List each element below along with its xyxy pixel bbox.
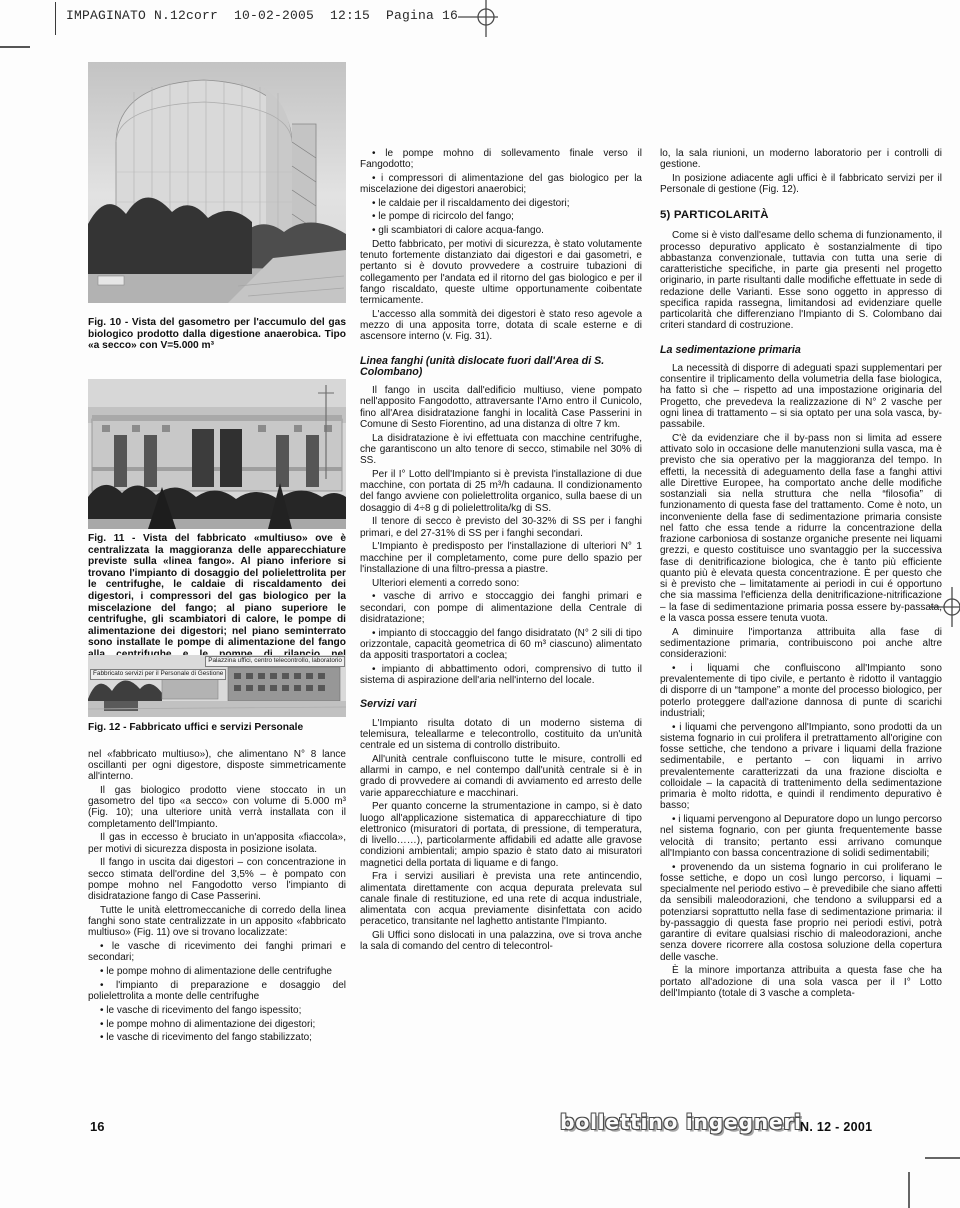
bullet-item: • impianto di stoccaggio del fango disid… bbox=[360, 628, 642, 662]
paragraph: Gli Uffici sono dislocati in una palazzi… bbox=[360, 930, 642, 953]
registration-mark-top-icon bbox=[458, 0, 498, 37]
figure-12-caption: Fig. 12 - Fabbricato uffici e servizi Pe… bbox=[88, 722, 346, 735]
bullet-item: • i liquami che pervengono all'Impianto,… bbox=[660, 722, 942, 812]
section-heading-sedimentazione: La sedimentazione primaria bbox=[660, 345, 942, 356]
paragraph: C'è da evidenziare che il by-pass non si… bbox=[660, 433, 942, 624]
bullet-item: • le pompe mohno di alimentazione dei di… bbox=[88, 1019, 346, 1030]
paragraph: La necessità di disporre di adeguati spa… bbox=[660, 363, 942, 431]
paragraph: L'Impianto è predisposto per l'installaz… bbox=[360, 541, 642, 575]
paragraph: All'unità centrale confluiscono tutte le… bbox=[360, 754, 642, 799]
slug-divider-line bbox=[55, 2, 56, 35]
scanned-magazine-page: IMPAGINATO N.12corr 10-02-2005 12:15 Pag… bbox=[0, 0, 960, 1208]
issue-number: N. 12 - 2001 bbox=[800, 1120, 872, 1134]
figure-12-offices-photo: Palazzina uffici, centro telecontrollo, … bbox=[88, 655, 346, 717]
paragraph: Il gas in eccesso è bruciato in un'appos… bbox=[88, 832, 346, 855]
paragraph: Per quanto concerne la strumentazione in… bbox=[360, 801, 642, 869]
paragraph: L'Impianto risulta dotato di un moderno … bbox=[360, 718, 642, 752]
bullet-item: • impianto di abbattimento odori, compre… bbox=[360, 664, 642, 687]
bullet-item: • le pompe di ricircolo del fango; bbox=[360, 211, 642, 222]
paragraph: lo, la sala riunioni, un moderno laborat… bbox=[660, 148, 942, 171]
paragraph: Ulteriori elementi a corredo sono: bbox=[360, 578, 642, 589]
paragraph: Il fango in uscita dai digestori – con c… bbox=[88, 857, 346, 902]
paragraph: Come si è visto dall'esame dello schema … bbox=[660, 230, 942, 331]
paragraph: La disidratazione è ivi effettuata con m… bbox=[360, 433, 642, 467]
paragraph: nel «fabbricato multiuso»), che alimenta… bbox=[88, 749, 346, 783]
crop-mark-left bbox=[0, 46, 30, 48]
text-column-left: nel «fabbricato multiuso»), che alimenta… bbox=[88, 746, 346, 1108]
figure-12-label-services: Fabbricato servizi per il Personale di G… bbox=[90, 669, 226, 680]
bullet-item: • gli scambiatori di calore acqua-fango. bbox=[360, 225, 642, 236]
figure-11-caption: Fig. 11 - Vista del fabbricato «multiuso… bbox=[88, 533, 346, 659]
paragraph: L'accesso alla sommità dei digestori è s… bbox=[360, 309, 642, 343]
page-number: 16 bbox=[90, 1119, 104, 1134]
building-illustration bbox=[88, 379, 346, 529]
bullet-item: • le vasche di ricevimento del fango isp… bbox=[88, 1005, 346, 1016]
bullet-item: • le vasche di ricevimento dei fanghi pr… bbox=[88, 941, 346, 964]
bullet-item: • le vasche di ricevimento del fango sta… bbox=[88, 1032, 346, 1043]
bullet-item: • le caldaie per il riscaldamento dei di… bbox=[360, 198, 642, 209]
bullet-item: • l'impianto di preparazione e dosaggio … bbox=[88, 980, 346, 1003]
paragraph: Il fango in uscita dall'edificio multius… bbox=[360, 385, 642, 430]
figure-11-building-photo bbox=[88, 379, 346, 529]
paragraph: A diminuire l'importanza attribuita alla… bbox=[660, 627, 942, 661]
bullet-item: • le pompe mohno di sollevamento finale … bbox=[360, 148, 642, 171]
journal-logo: bollettino ingegneri bbox=[560, 1110, 800, 1134]
paragraph: Fra i servizi ausiliari è prevista una r… bbox=[360, 871, 642, 927]
bullet-item: • vasche di arrivo e stoccaggio dei fang… bbox=[360, 591, 642, 625]
section-heading-servizi-vari: Servizi vari bbox=[360, 699, 642, 710]
bullet-item: • i liquami che confluiscono all'Impiant… bbox=[660, 663, 942, 719]
bullet-item: • i compressori di alimentazione del gas… bbox=[360, 173, 642, 196]
section-heading-linea-fanghi: Linea fanghi (unità dislocate fuori dall… bbox=[360, 356, 642, 379]
paragraph: Il gas biologico prodotto viene stoccato… bbox=[88, 785, 346, 830]
paragraph: Detto fabbricato, per motivi di sicurezz… bbox=[360, 239, 642, 307]
paragraph: Per il I° Lotto dell'Impianto si è previ… bbox=[360, 469, 642, 514]
text-column-right: lo, la sala riunioni, un moderno laborat… bbox=[660, 145, 942, 1113]
section-heading-particolarita: 5) PARTICOLARITÀ bbox=[660, 210, 942, 221]
gasometer-illustration bbox=[88, 62, 346, 303]
paragraph: È la minore importanza attribuita a ques… bbox=[660, 965, 942, 999]
paragraph: Il tenore di secco è previsto del 30-32%… bbox=[360, 516, 642, 539]
figure-12-label-offices: Palazzina uffici, centro telecontrollo, … bbox=[205, 656, 345, 667]
figure-10-gasometer-photo bbox=[88, 62, 346, 303]
paragraph: In posizione adiacente agli uffici è il … bbox=[660, 173, 942, 196]
figure-10-caption: Fig. 10 - Vista del gasometro per l'accu… bbox=[88, 317, 346, 365]
bullet-item: • le pompe mohno di alimentazione delle … bbox=[88, 966, 346, 977]
bullet-item: • provenendo da un sistema fognario in c… bbox=[660, 862, 942, 963]
text-column-middle: • le pompe mohno di sollevamento finale … bbox=[360, 145, 642, 1087]
print-slug: IMPAGINATO N.12corr 10-02-2005 12:15 Pag… bbox=[66, 8, 458, 23]
crop-mark-bottom-right-v bbox=[908, 1172, 910, 1208]
bullet-item: • i liquami pervengono al Depuratore dop… bbox=[660, 814, 942, 859]
paragraph: Tutte le unità elettromeccaniche di corr… bbox=[88, 905, 346, 939]
crop-mark-bottom-right-h bbox=[925, 1157, 960, 1159]
